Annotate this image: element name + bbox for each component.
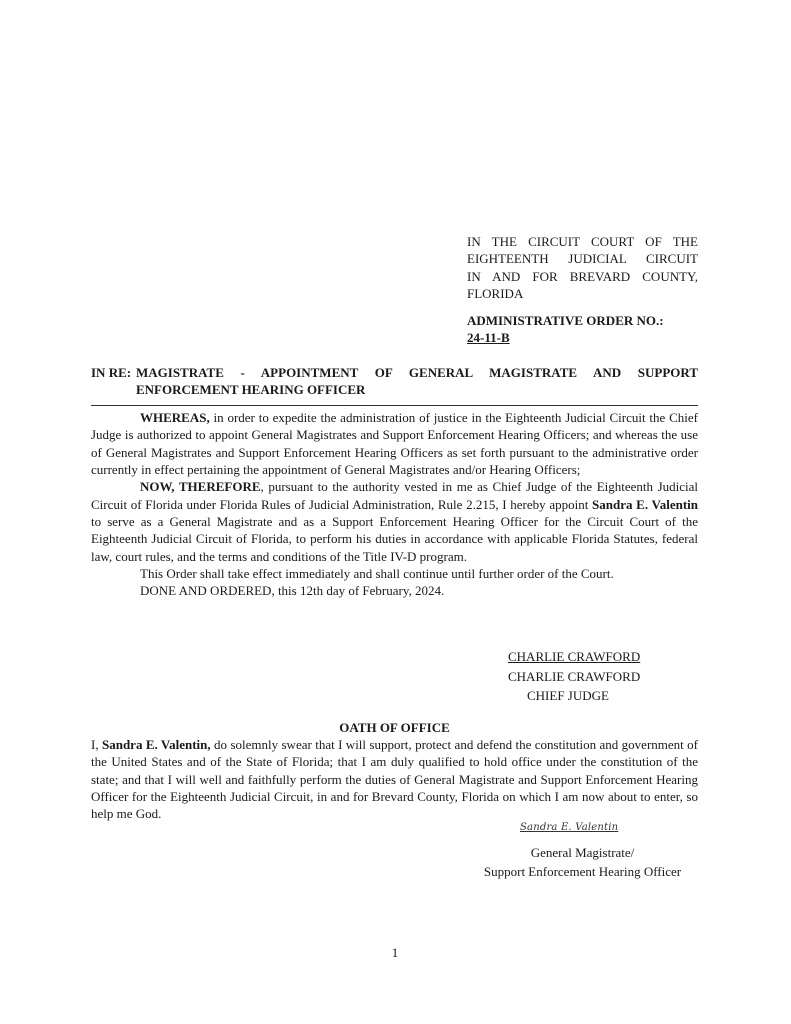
caption-line: IN THE CIRCUIT COURT OF THE — [467, 233, 698, 250]
judge-title: CHIEF JUDGE — [508, 686, 678, 706]
oath-paragraph: I, Sandra E. Valentin, do solemnly swear… — [91, 736, 698, 822]
appointee-name: Sandra E. Valentin — [592, 497, 698, 512]
effect-paragraph: This Order shall take effect immediately… — [91, 565, 698, 582]
caption-line: EIGHTEENTH JUDICIAL CIRCUIT — [467, 250, 698, 267]
judge-printed-name: CHARLIE CRAWFORD — [508, 669, 640, 684]
magistrate-title-line1: General Magistrate/ — [470, 843, 695, 862]
in-re-label: IN RE: — [91, 364, 136, 399]
whereas-lead: WHEREAS, — [140, 410, 210, 425]
judge-signed-name: CHARLIE CRAWFORD — [508, 647, 678, 667]
magistrate-title-block: General Magistrate/ Support Enforcement … — [470, 843, 695, 881]
order-label: ADMINISTRATIVE ORDER NO.: — [467, 312, 707, 329]
now-therefore-lead: NOW, THEREFORE — [140, 479, 261, 494]
court-caption: IN THE CIRCUIT COURT OF THE EIGHTEENTH J… — [467, 233, 698, 303]
caption-line: IN AND FOR BREVARD COUNTY, — [467, 268, 698, 285]
in-re-heading: IN RE: MAGISTRATE - APPOINTMENT OF GENER… — [91, 364, 698, 399]
in-re-subject-line1: MAGISTRATE - APPOINTMENT OF GENERAL MAGI… — [136, 364, 698, 381]
magistrate-title-line2: Support Enforcement Hearing Officer — [470, 862, 695, 881]
judge-signature-block: CHARLIE CRAWFORD CHARLIE CRAWFORD CHIEF … — [508, 647, 678, 706]
page-number: 1 — [370, 945, 420, 961]
oath-name: Sandra E. Valentin, — [102, 737, 211, 752]
whereas-paragraph: WHEREAS, in order to expedite the admini… — [91, 409, 698, 478]
done-and-ordered: DONE AND ORDERED, this 12th day of Febru… — [91, 582, 698, 599]
in-re-subject-line2: ENFORCEMENT HEARING OFFICER — [136, 382, 365, 397]
order-number: 24-11-B — [467, 329, 510, 346]
section-divider — [91, 405, 698, 406]
administrative-order-number: ADMINISTRATIVE ORDER NO.: 24-11-B — [467, 312, 707, 347]
oath-body: I, Sandra E. Valentin, do solemnly swear… — [91, 736, 698, 822]
now-therefore-paragraph: NOW, THEREFORE, pursuant to the authorit… — [91, 478, 698, 565]
order-body: WHEREAS, in order to expedite the admini… — [91, 409, 698, 600]
handwritten-signature: Sandra E. Valentin — [520, 822, 620, 833]
oath-title: OATH OF OFFICE — [91, 719, 698, 736]
caption-line: FLORIDA — [467, 285, 698, 302]
